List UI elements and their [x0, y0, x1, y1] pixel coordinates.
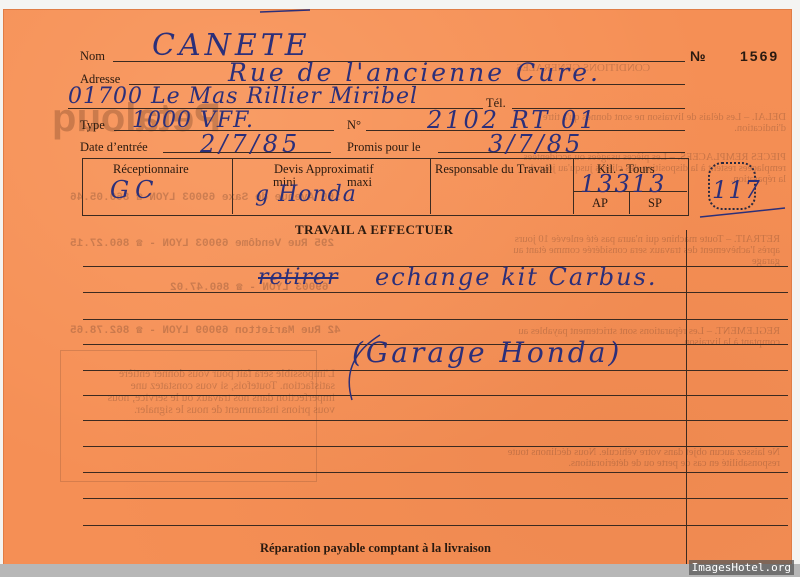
watermark: ImagesHotel.org [689, 560, 794, 575]
ink-strokes [0, 0, 800, 577]
scan-bottom-edge [0, 564, 800, 577]
footer-payment-note: Réparation payable comptant à la livrais… [260, 541, 491, 556]
